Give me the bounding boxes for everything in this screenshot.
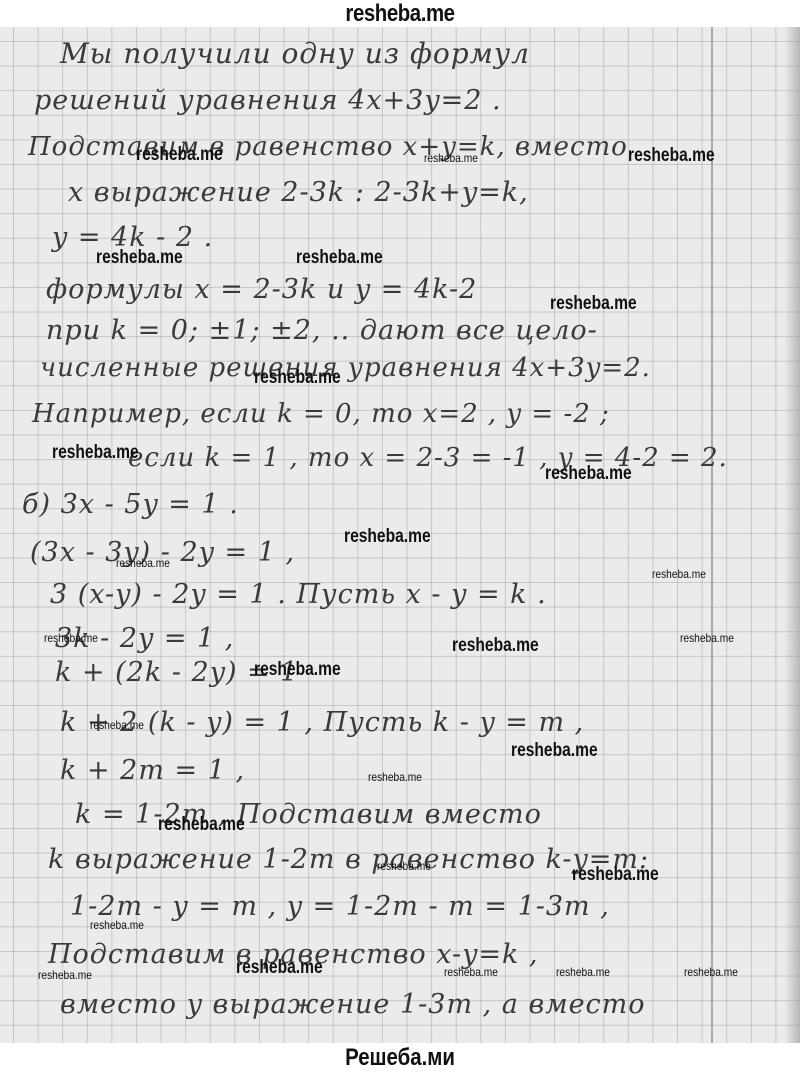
site-footer-logo: Решеба.ми — [60, 1043, 740, 1072]
handwritten-line: б) 3x - 5y = 1 . — [22, 489, 239, 520]
watermark: resheba.me — [684, 965, 738, 979]
watermark: resheba.me — [680, 631, 734, 645]
watermark: resheba.me — [236, 957, 323, 979]
handwritten-line: формулы x = 2-3k и y = 4k-2 — [46, 274, 477, 305]
page-margin-line — [711, 27, 713, 1043]
watermark: resheba.me — [254, 659, 341, 681]
watermark: resheba.me — [368, 770, 422, 784]
watermark: resheba.me — [545, 463, 632, 485]
watermark: resheba.me — [444, 965, 498, 979]
watermark: resheba.me — [116, 556, 170, 570]
watermark: resheba.me — [628, 145, 715, 167]
handwritten-line: x выражение 2-3k : 2-3k+y=k, — [68, 177, 529, 208]
handwritten-line: Мы получили одну из формул — [60, 37, 530, 70]
watermark: resheba.me — [136, 144, 223, 166]
handwritten-line: решений уравнения 4x+3y=2 . — [34, 85, 502, 116]
handwritten-line: численные решения уравнения 4x+3y=2. — [40, 353, 651, 383]
watermark: resheba.me — [511, 740, 598, 762]
handwritten-line: Например, если k = 0, то x=2 , y = -2 ; — [32, 399, 610, 429]
handwritten-line: вместо y выражение 1-3m , а вместо — [60, 989, 646, 1020]
watermark: resheba.me — [344, 526, 431, 548]
watermark: resheba.me — [424, 151, 478, 165]
watermark: resheba.me — [556, 965, 610, 979]
handwritten-line: Подставим в равенство x+y=k, вместо — [28, 132, 628, 162]
watermark: resheba.me — [254, 367, 341, 389]
handwritten-line: при k = 0; ±1; ±2, .. дают все цело- — [46, 315, 598, 346]
handwritten-line: 1-2m - y = m , y = 1-2m - m = 1-3m , — [70, 891, 610, 922]
site-header-logo: resheba.me — [60, 0, 740, 27]
watermark: resheba.me — [96, 247, 183, 269]
notebook-page: Мы получили одну из формул решений уравн… — [0, 27, 800, 1043]
watermark: resheba.me — [550, 293, 637, 315]
handwritten-line: k + 2m = 1 , — [60, 755, 245, 786]
handwritten-line: 3 (x-y) - 2y = 1 . Пусть x - y = k . — [50, 579, 547, 610]
watermark: resheba.me — [90, 718, 144, 732]
watermark: resheba.me — [44, 631, 98, 645]
watermark: resheba.me — [296, 247, 383, 269]
watermark: resheba.me — [377, 859, 431, 873]
handwritten-line: k = 1-2m , Подставим вместо — [75, 799, 542, 830]
watermark: resheba.me — [652, 567, 706, 581]
watermark: resheba.me — [572, 864, 659, 886]
watermark: resheba.me — [52, 442, 139, 464]
handwritten-line: k выражение 1-2m в равенство k-y=m: — [48, 844, 649, 875]
handwritten-line: если k = 1 , то x = 2-3 = -1 , y = 4-2 =… — [128, 443, 728, 473]
watermark: resheba.me — [452, 635, 539, 657]
watermark: resheba.me — [158, 814, 245, 836]
watermark: resheba.me — [90, 918, 144, 932]
watermark: resheba.me — [38, 968, 92, 982]
